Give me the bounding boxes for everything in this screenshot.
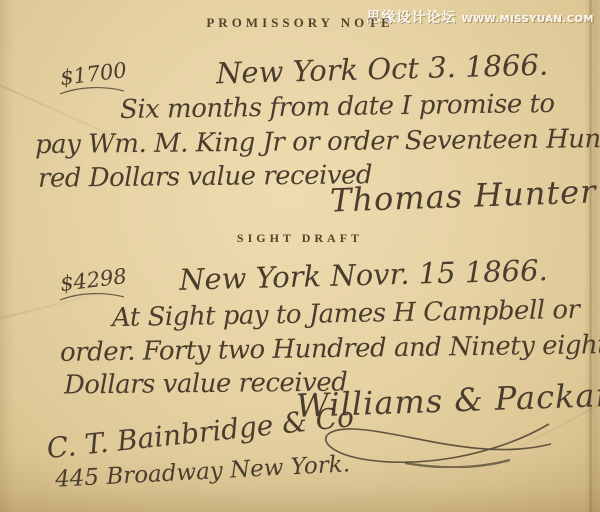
- scanned-document-page: 思缘设计论坛WWW.MISSYUAN.COM PROMISSORY NOTE $…: [0, 0, 600, 512]
- promissory-note-amount: $1700: [59, 58, 128, 90]
- promissory-note-signature: Thomas Hunter: [329, 172, 597, 219]
- promissory-note-heading: PROMISSORY NOTE: [0, 15, 600, 31]
- sight-draft-body-line: At Sight pay to James H Campbell or: [112, 295, 580, 333]
- promissory-note-body-line: Six months from date I promise to: [120, 89, 555, 125]
- page-edge-shadow: [589, 0, 592, 512]
- promissory-note-dateline: New York Oct 3. 1866.: [215, 48, 548, 91]
- promissory-note-body-line: pay Wm. M. King Jr or order Seventeen Hu…: [35, 124, 600, 160]
- sight-draft-heading: SIGHT DRAFT: [0, 231, 600, 246]
- sight-draft-amount: $4298: [59, 264, 128, 296]
- sight-draft-body-line: order. Forty two Hundred and Ninety eigh…: [60, 330, 600, 368]
- sight-draft-dateline: New York Novr. 15 1866.: [179, 253, 549, 297]
- promissory-note-body-line: red Dollars value received: [38, 160, 372, 193]
